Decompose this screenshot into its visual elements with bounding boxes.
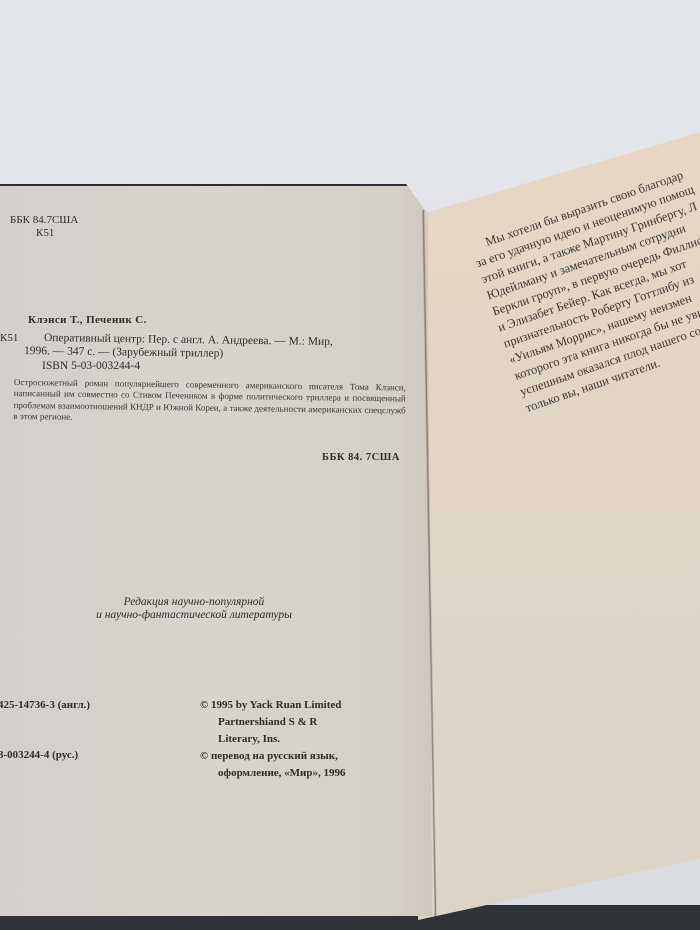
copyright-line: © перевод на русский язык, xyxy=(200,748,346,765)
isbn-english: 425-14736-3 (англ.) xyxy=(0,699,90,711)
author-mark-left: К51 xyxy=(0,332,18,344)
isbn-russian: 3-003244-4 (рус.) xyxy=(0,749,78,761)
copyright-line: Literary, Ins. xyxy=(200,731,346,748)
left-page xyxy=(0,184,432,916)
copyright-block: © 1995 by Yack Ruan Limited Partnershian… xyxy=(200,697,346,782)
copyright-line: Partnershiand S & R xyxy=(200,714,346,731)
annotation: Остросюжетный роман популярнейшего совре… xyxy=(13,377,406,428)
copyright-line: оформление, «Мир», 1996 xyxy=(200,765,346,782)
bbk-code-top: ББК 84.7США К51 xyxy=(10,214,78,240)
copyright-line: © 1995 by Yack Ruan Limited xyxy=(200,697,346,714)
author-mark: К51 xyxy=(10,227,78,240)
authors: Клэнси Т., Печеник С. xyxy=(28,314,147,326)
edition-note: Редакция научно-популярной и научно-фант… xyxy=(64,596,324,622)
bbk-code: ББК 84.7США xyxy=(10,214,78,227)
book-photo: ББК 84.7США К51 Клэнси Т., Печеник С. К5… xyxy=(0,0,700,930)
edition-line-2: и научно-фантастической литературы xyxy=(64,609,324,622)
isbn: ISBN 5-03-003244-4 xyxy=(42,360,140,372)
edition-line-1: Редакция научно-популярной xyxy=(64,596,324,609)
bbk-code-bottom: ББК 84. 7США xyxy=(322,452,400,463)
